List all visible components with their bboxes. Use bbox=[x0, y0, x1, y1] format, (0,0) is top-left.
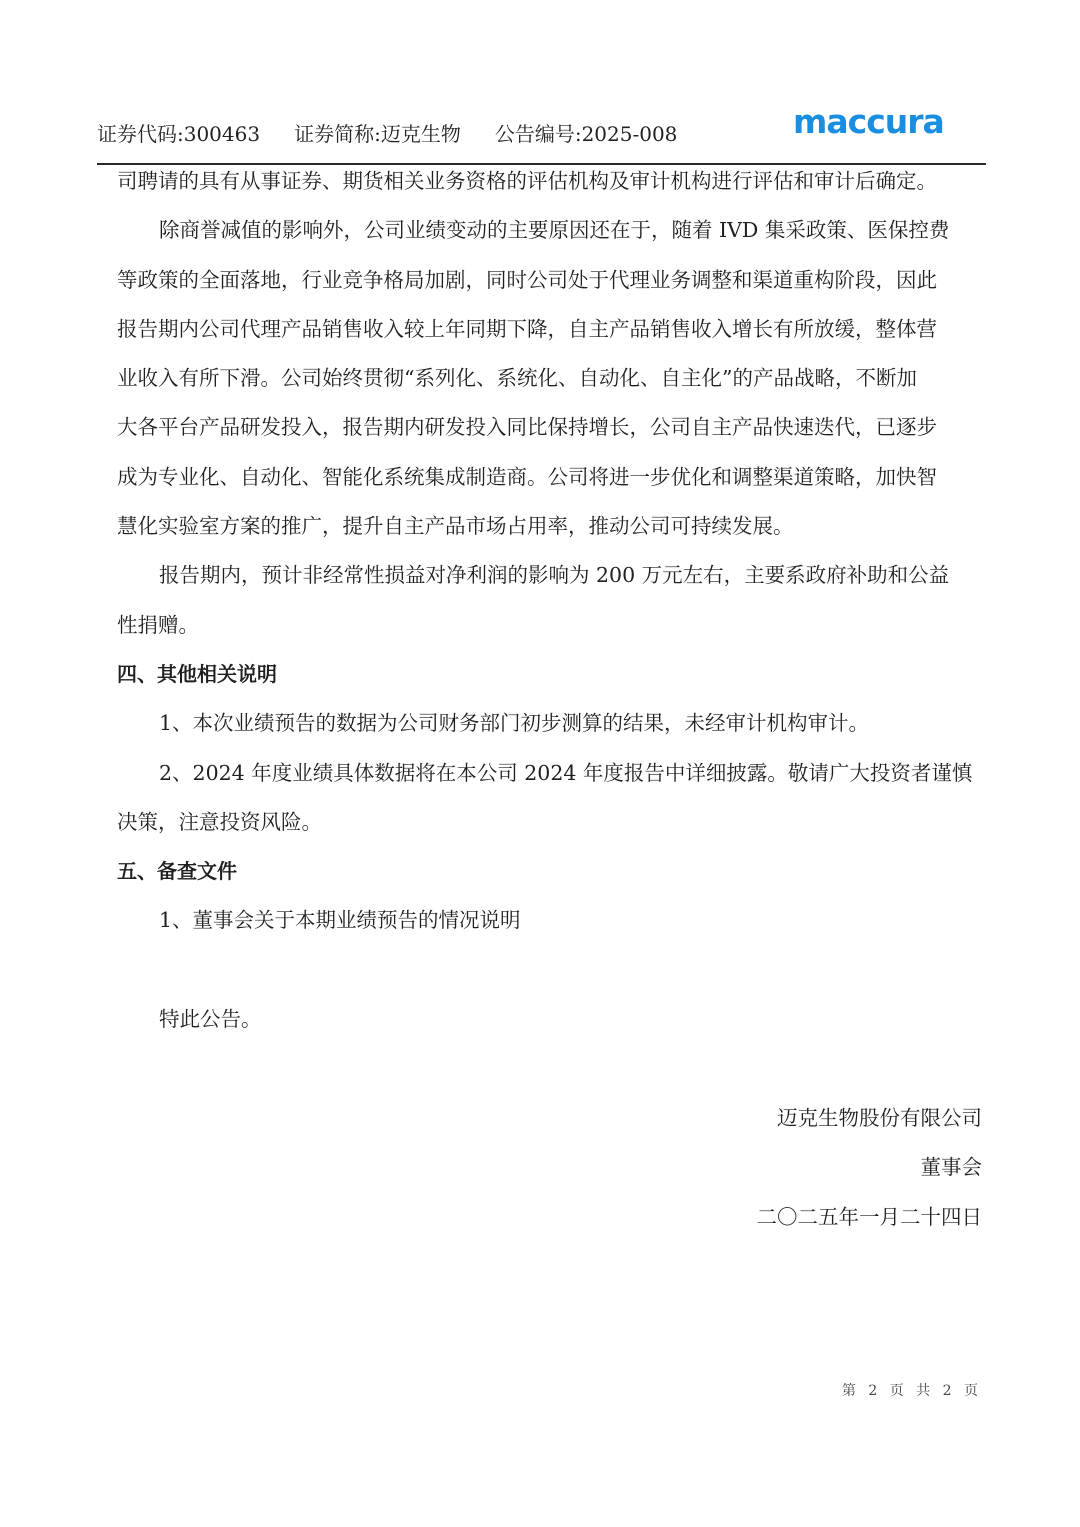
section-title-reference-docs: 五、备查文件 bbox=[117, 847, 983, 896]
company-name: 迈克生物股份有限公司 bbox=[757, 1094, 983, 1143]
closing-statement: 特此公告。 bbox=[117, 995, 983, 1044]
paragraph-line: 性捐赠。 bbox=[117, 601, 983, 650]
signature-date: 二〇二五年一月二十四日 bbox=[757, 1193, 983, 1242]
paragraph-line: 慧化实验室方案的推广，提升自主产品市场占用率，推动公司可持续发展。 bbox=[117, 502, 983, 551]
section4-item: 1、本次业绩预告的数据为公司财务部门初步测算的结果，未经审计机构审计。 bbox=[117, 699, 983, 748]
paragraph-line: 报告期内，预计非经常性损益对净利润的影响为 200 万元左右，主要系政府补助和公… bbox=[117, 551, 983, 600]
section4-item: 2、2024 年度业绩具体数据将在本公司 2024 年度报告中详细披露。敬请广大… bbox=[117, 749, 983, 798]
stock-code: 证券代码:300463 bbox=[97, 118, 260, 150]
paragraph-line: 等政策的全面落地，行业竞争格局加剧，同时公司处于代理业务调整和渠道重构阶段，因此 bbox=[117, 256, 983, 305]
signature-block: 迈克生物股份有限公司 董事会 二〇二五年一月二十四日 bbox=[757, 1094, 983, 1242]
page-number: 第 2 页 共 2 页 bbox=[842, 1380, 982, 1400]
paragraph-line: 业收入有所下滑。公司始终贯彻“系列化、系统化、自动化、自主化”的产品战略，不断加 bbox=[117, 354, 983, 403]
section5-item: 1、董事会关于本期业绩预告的情况说明 bbox=[117, 896, 983, 945]
paragraph-line: 成为专业化、自动化、智能化系统集成制造商。公司将进一步优化和调整渠道策略，加快智 bbox=[117, 453, 983, 502]
board-name: 董事会 bbox=[757, 1143, 983, 1192]
paragraph-line: 报告期内公司代理产品销售收入较上年同期下降，自主产品销售收入增长有所放缓，整体营 bbox=[117, 305, 983, 354]
paragraph-line: 大各平台产品研发投入，报告期内研发投入同比保持增长，公司自主产品快速迭代，已逐步 bbox=[117, 403, 983, 452]
document-body: 司聘请的具有从事证券、期货相关业务资格的评估机构及审计机构进行评估和审计后确定。… bbox=[117, 157, 983, 1044]
blank-line bbox=[117, 946, 983, 995]
stock-name: 证券简称:迈克生物 bbox=[294, 118, 461, 150]
document-header: 证券代码:300463证券简称:迈克生物公告编号:2025-008 maccur… bbox=[97, 118, 987, 158]
announcement-number: 公告编号:2025-008 bbox=[495, 118, 678, 150]
paragraph-line: 除商誉减值的影响外，公司业绩变动的主要原因还在于，随着 IVD 集采政策、医保控… bbox=[117, 206, 983, 255]
section-title-other-notes: 四、其他相关说明 bbox=[117, 650, 983, 699]
maccura-logo: maccura bbox=[793, 104, 944, 140]
section4-item: 决策，注意投资风险。 bbox=[117, 798, 983, 847]
header-meta: 证券代码:300463证券简称:迈克生物公告编号:2025-008 bbox=[97, 118, 677, 150]
paragraph-line: 司聘请的具有从事证券、期货相关业务资格的评估机构及审计机构进行评估和审计后确定。 bbox=[117, 157, 983, 206]
